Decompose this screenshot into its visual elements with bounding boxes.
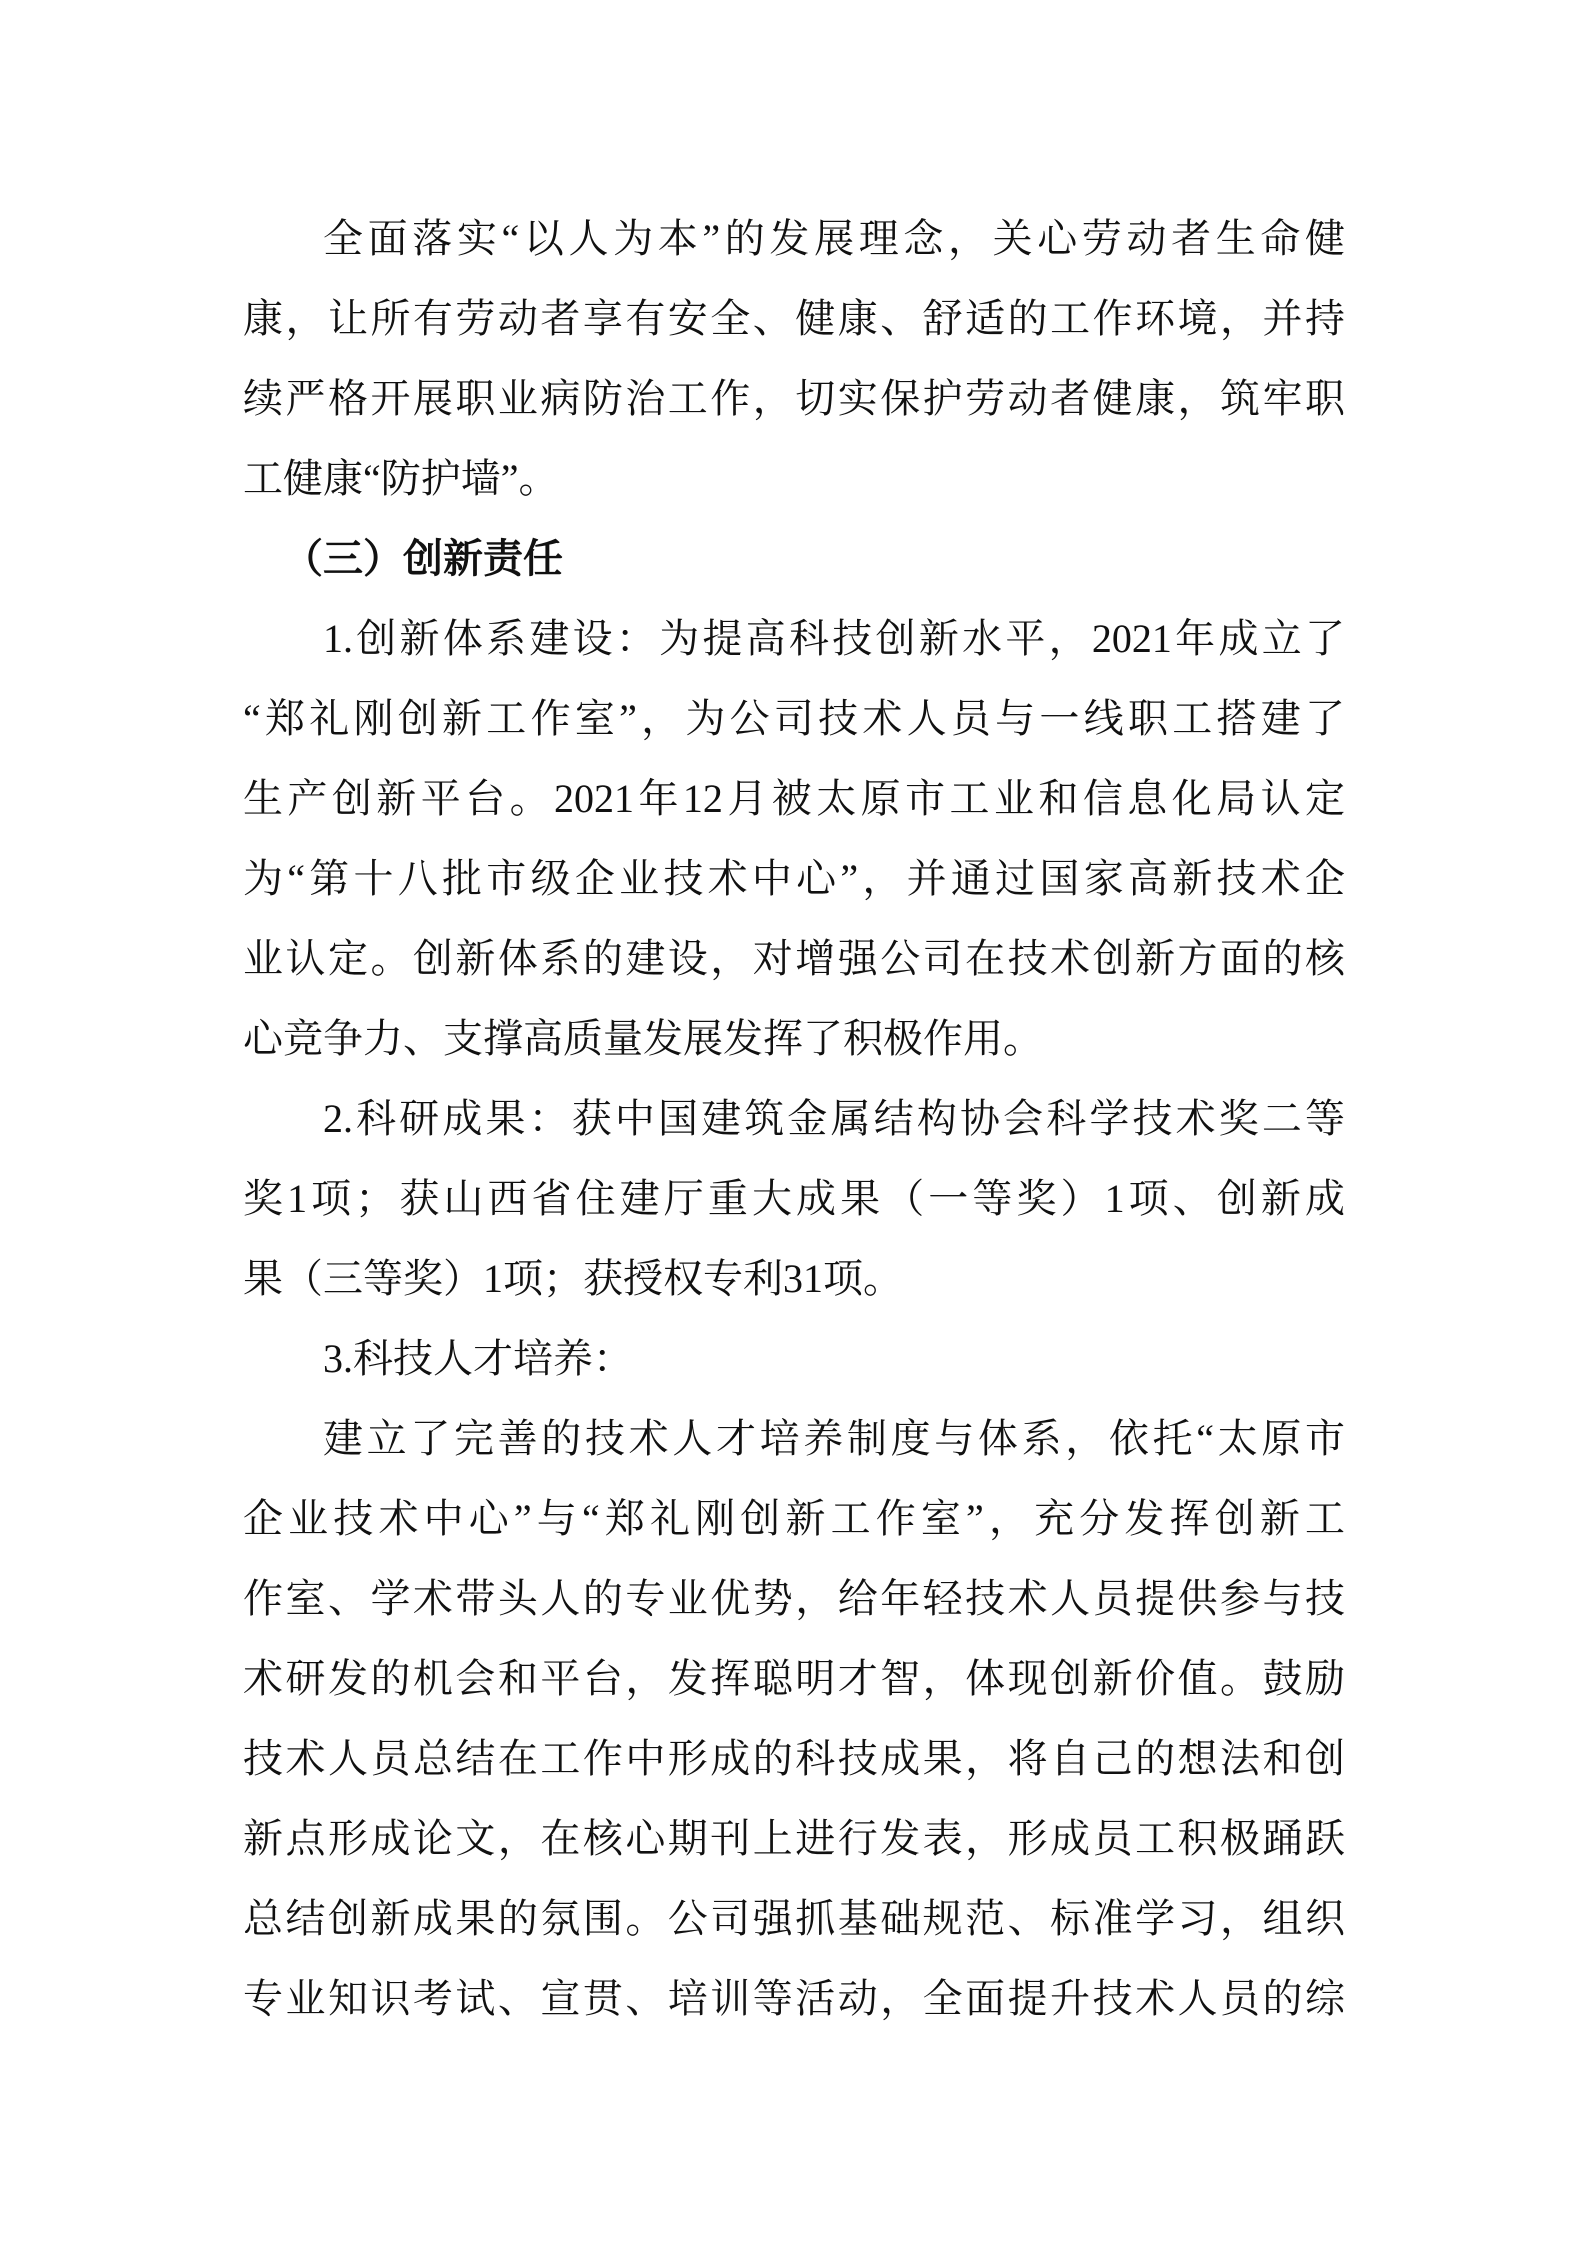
paragraph-talent-title: 3.科技人才培养：	[243, 1319, 1345, 1399]
text-line: 术研发的机会和平台，发挥聪明才智，体现创新价值。鼓励	[243, 1639, 1345, 1719]
text-line: 作室、学术带头人的专业优势，给年轻技术人员提供参与技	[243, 1559, 1345, 1639]
text-line: 业认定。创新体系的建设，对增强公司在技术创新方面的核	[243, 919, 1345, 999]
text-line: 建立了完善的技术人才培养制度与体系，依托“太原市	[243, 1399, 1345, 1479]
text-line: 1.创新体系建设：为提高科技创新水平，2021年成立了	[243, 599, 1345, 679]
paragraph-people-oriented: 全面落实“以人为本”的发展理念，关心劳动者生命健 康，让所有劳动者享有安全、健康…	[243, 199, 1345, 519]
text-line: 为“第十八批市级企业技术中心”，并通过国家高新技术企	[243, 839, 1345, 919]
paragraph-innovation-system: 1.创新体系建设：为提高科技创新水平，2021年成立了 “郑礼刚创新工作室”，为…	[243, 599, 1345, 1079]
text-line: 3.科技人才培养：	[243, 1319, 1345, 1399]
text-line: 生产创新平台。2021年12月被太原市工业和信息化局认定	[243, 759, 1345, 839]
text-line: 技术人员总结在工作中形成的科技成果，将自己的想法和创	[243, 1719, 1345, 1799]
text-line: 总结创新成果的氛围。公司强抓基础规范、标准学习，组织	[243, 1879, 1345, 1959]
text-line: 专业知识考试、宣贯、培训等活动，全面提升技术人员的综	[243, 1959, 1345, 2039]
text-line: 全面落实“以人为本”的发展理念，关心劳动者生命健	[243, 199, 1345, 279]
document-page: 全面落实“以人为本”的发展理念，关心劳动者生命健 康，让所有劳动者享有安全、健康…	[243, 199, 1345, 2039]
heading-innovation-responsibility: （三）创新责任	[243, 519, 1345, 599]
text-line: 心竞争力、支撑高质量发展发挥了积极作用。	[243, 999, 1345, 1079]
text-line: 果（三等奖）1项；获授权专利31项。	[243, 1239, 1345, 1319]
text-line: 康，让所有劳动者享有安全、健康、舒适的工作环境，并持	[243, 279, 1345, 359]
text-line: “郑礼刚创新工作室”，为公司技术人员与一线职工搭建了	[243, 679, 1345, 759]
text-line: 新点形成论文，在核心期刊上进行发表，形成员工积极踊跃	[243, 1799, 1345, 1879]
section-heading: （三）创新责任	[243, 519, 1345, 599]
text-line: 工健康“防护墙”。	[243, 439, 1345, 519]
text-line: 2.科研成果：获中国建筑金属结构协会科学技术奖二等	[243, 1079, 1345, 1159]
text-line: 续严格开展职业病防治工作，切实保护劳动者健康，筑牢职	[243, 359, 1345, 439]
text-line: 企业技术中心”与“郑礼刚创新工作室”，充分发挥创新工	[243, 1479, 1345, 1559]
paragraph-research-results: 2.科研成果：获中国建筑金属结构协会科学技术奖二等 奖1项；获山西省住建厅重大成…	[243, 1079, 1345, 1319]
text-line: 奖1项；获山西省住建厅重大成果（一等奖）1项、创新成	[243, 1159, 1345, 1239]
paragraph-talent-body: 建立了完善的技术人才培养制度与体系，依托“太原市 企业技术中心”与“郑礼刚创新工…	[243, 1399, 1345, 2039]
